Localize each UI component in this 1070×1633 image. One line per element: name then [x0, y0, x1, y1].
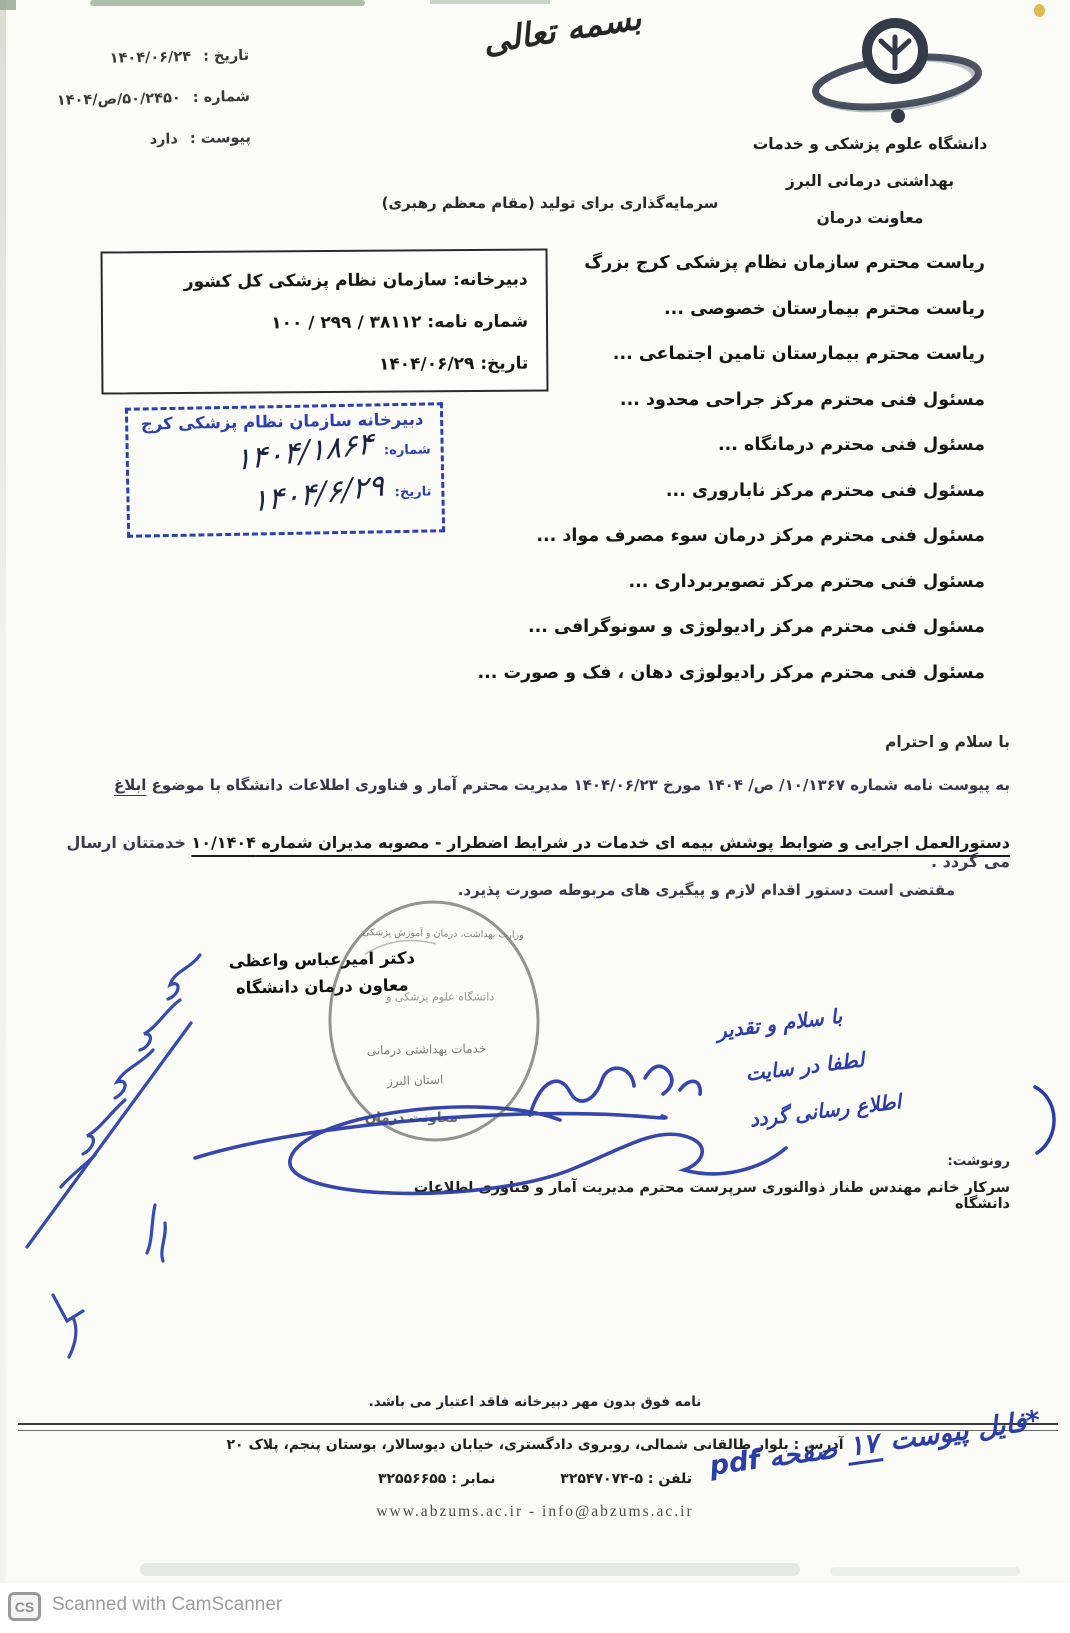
registry-secretariat: دبیرخانه: سازمان نظام پزشکی کل کشور — [113, 259, 528, 304]
footer-phones: تلفن : ۳۲۵۴۷۰۷۴-۵ نمابر : ۳۲۵۵۶۶۵۵ — [0, 1471, 1070, 1487]
blue-stamp-date-handwritten: ۱۴۰۴/۶/۲۹ — [252, 468, 385, 519]
bismillah-calligraphy: بسمه تعالی — [460, 0, 664, 64]
cc-label: رونوشت: — [860, 1153, 1010, 1169]
attachment-note-pages: ۱۷ — [844, 1427, 883, 1466]
body-line2-directive: دستورالعمل اجرایی و ضوابط پوشش بیمه ای خ… — [191, 833, 1010, 852]
body-paragraph-1: به پیوست نامه شماره ۱۰/۱۳۶۷/ ص/ ۱۴۰۴ مور… — [52, 776, 1010, 794]
body-paragraph-3: مقتضی است دستور اقدام لازم و پیگیری های … — [55, 881, 955, 899]
blue-stamp-number-label: شماره: — [384, 442, 431, 458]
recipient-item: مسئول فنی محترم مرکز رادیولوژی دهان ، فک… — [290, 651, 985, 697]
scan-edge-artifact — [90, 0, 365, 6]
scan-corner-artifact — [0, 0, 16, 10]
body-paragraph-2: دستورالعمل اجرایی و ضوابط پوشش بیمه ای خ… — [52, 833, 1010, 871]
scan-smudge — [140, 1563, 800, 1576]
blue-stamp-date-label: تاریخ: — [395, 484, 432, 500]
handwritten-edge-mark — [1025, 1075, 1070, 1175]
signer-block: دکتر امیرعباس واعظی معاون درمان دانشگاه — [212, 944, 433, 1002]
camscanner-badge-icon: CS — [8, 1592, 41, 1621]
registry-letter-number: شماره نامه: ۳۸۱۱۲ / ۲۹۹ / ۱۰۰ — [113, 301, 528, 346]
letter-meta: تاریخ : ۱۴۰۴/۰۶/۲۴ شماره : ۵۰/۲۴۵۰/ص/۱۴۰… — [39, 36, 252, 163]
validity-note: نامه فوق بدون مهر دبیرخانه فاقد اعتبار م… — [0, 1394, 1070, 1410]
scanned-letter-page: تاریخ : ۱۴۰۴/۰۶/۲۴ شماره : ۵۰/۲۴۵۰/ص/۱۴۰… — [0, 0, 1070, 1633]
meta-number-label: شماره : — [193, 89, 251, 106]
signer-title: معاون درمان دانشگاه — [212, 971, 432, 1002]
ministry-of-health-logo-icon — [798, 6, 992, 128]
body-line1-subject: ابلاغ — [114, 776, 146, 794]
meta-attachment: پیوست : دارد — [40, 118, 251, 163]
salutation: با سلام و احترام — [690, 733, 1010, 751]
meta-attachment-label: پیوست : — [190, 130, 251, 147]
meta-attachment-value: دارد — [149, 131, 178, 148]
meta-number: شماره : ۵۰/۲۴۵۰/ص/۱۴۰۴ — [40, 77, 251, 122]
scan-dot-artifact — [1034, 4, 1045, 17]
camscanner-watermark: Scanned with CamScanner — [52, 1594, 282, 1616]
blue-stamp-date-row: تاریخ: ۱۴۰۴/۶/۲۹ — [135, 470, 432, 517]
scan-smudge — [830, 1567, 1020, 1576]
blue-secretariat-stamp: دبیرخانه سازمان نظام پزشکی کرج شماره: ۱۴… — [125, 402, 445, 538]
recipient-item: مسئول فنی محترم مرکز رادیولوژی و سونوگرا… — [290, 605, 985, 651]
phone-number: ۳۲۵۴۷۰۷۴-۵ — [560, 1471, 643, 1487]
signer-name: دکتر امیرعباس واعظی — [212, 944, 432, 975]
fax-number: ۳۲۵۵۶۶۵۵ — [378, 1471, 446, 1487]
scan-edge-artifact — [430, 0, 550, 4]
meta-date-value: ۱۴۰۴/۰۶/۲۴ — [110, 49, 192, 67]
fax-label: نمابر : — [451, 1471, 495, 1487]
registry-stamp-box: دبیرخانه: سازمان نظام پزشکی کل کشور شمار… — [101, 248, 549, 394]
footer-website: www.abzums.ac.ir - info@abzums.ac.ir — [0, 1503, 1070, 1521]
blue-stamp-number-handwritten: ۱۴۰۴/۱۸۶۴ — [235, 426, 374, 478]
body-line1-text: به پیوست نامه شماره ۱۰/۱۳۶۷/ ص/ ۱۴۰۴ مور… — [146, 776, 1010, 794]
camscanner-bar: CS Scanned with CamScanner — [0, 1583, 1070, 1633]
blue-stamp-number-row: شماره: ۱۴۰۴/۱۸۶۴ — [134, 428, 431, 475]
meta-number-value: ۵۰/۲۴۵۰/ص/۱۴۰۴ — [57, 90, 181, 109]
recipient-item: مسئول فنی محترم مرکز تصویربرداری ... — [290, 560, 985, 606]
handwritten-signature — [150, 1020, 850, 1245]
university-name-block: دانشگاه علوم پزشکی و خدمات بهداشتی درمان… — [730, 126, 1010, 237]
meta-date-label: تاریخ : — [203, 48, 249, 65]
year-slogan: سرمایه‌گذاری برای تولید (مقام معظم رهبری… — [320, 194, 780, 212]
registry-date: تاریخ: ۱۴۰۴/۰۶/۲۹ — [113, 343, 528, 388]
meta-date: تاریخ : ۱۴۰۴/۰۶/۲۴ — [39, 36, 250, 81]
university-line1: دانشگاه علوم پزشکی و خدمات — [730, 126, 1010, 163]
